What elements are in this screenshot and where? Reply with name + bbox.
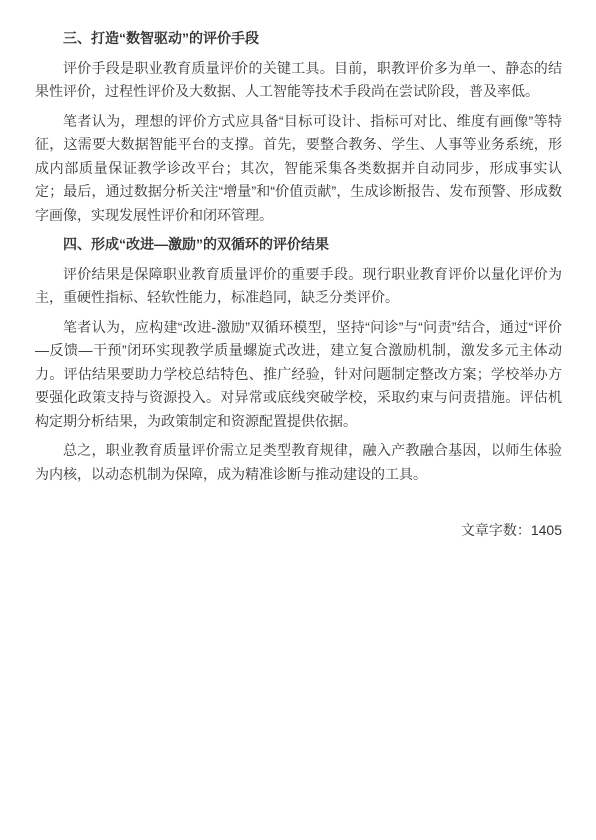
word-count-label: 文章字数：1405 <box>35 519 562 543</box>
section-heading-three: 三、打造“数智驱动”的评价手段 <box>35 27 562 51</box>
paragraph: 笔者认为，理想的评价方式应具备“目标可设计、指标可对比、维度有画像”等特征，这需… <box>35 110 562 228</box>
paragraph: 总之，职业教育质量评价需立足类型教育规律，融入产教融合基因，以师生体验为内核，以… <box>35 439 562 486</box>
section-heading-four: 四、形成“改进—激励”的双循环的评价结果 <box>35 233 562 257</box>
paragraph: 评价结果是保障职业教育质量评价的重要手段。现行职业教育评价以量化评价为主，重硬性… <box>35 263 562 310</box>
paragraph: 笔者认为，应构建“改进-激励”双循环模型，坚持“问诊”与“问责”结合，通过“评价… <box>35 316 562 434</box>
paragraph: 评价手段是职业教育质量评价的关键工具。目前，职教评价多为单一、静态的结果性评价，… <box>35 57 562 104</box>
document-page: 三、打造“数智驱动”的评价手段 评价手段是职业教育质量评价的关键工具。目前，职教… <box>0 0 596 840</box>
